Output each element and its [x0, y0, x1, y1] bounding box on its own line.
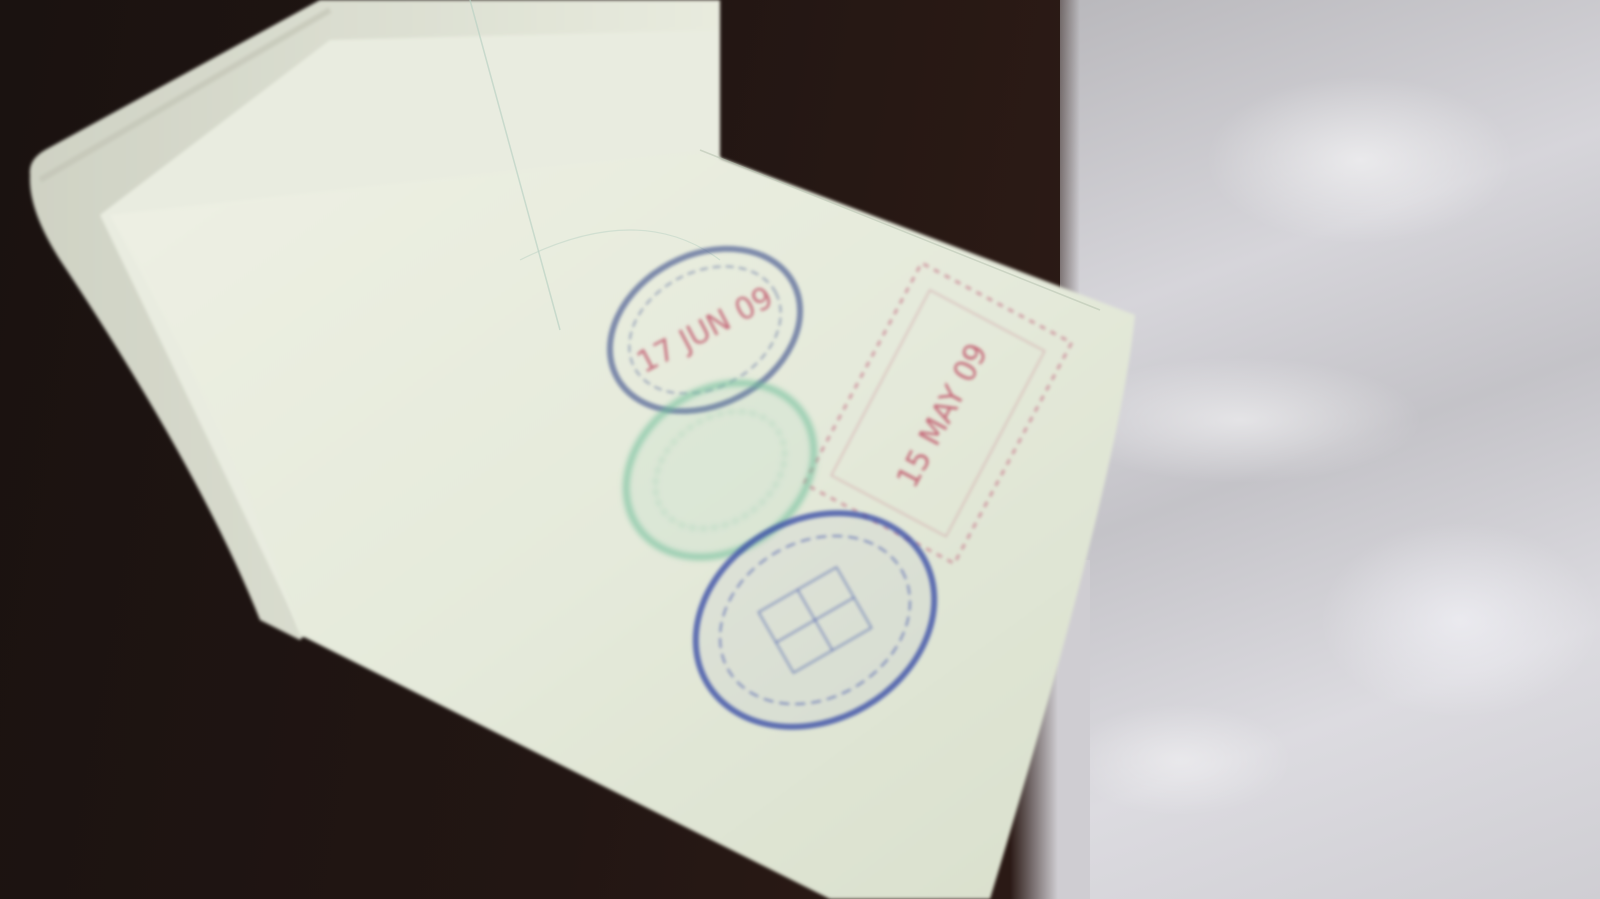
passport-photo: 17 JUN 09 15 MAY 09 [0, 0, 1600, 899]
passport-illustration: 17 JUN 09 15 MAY 09 [0, 0, 1600, 899]
